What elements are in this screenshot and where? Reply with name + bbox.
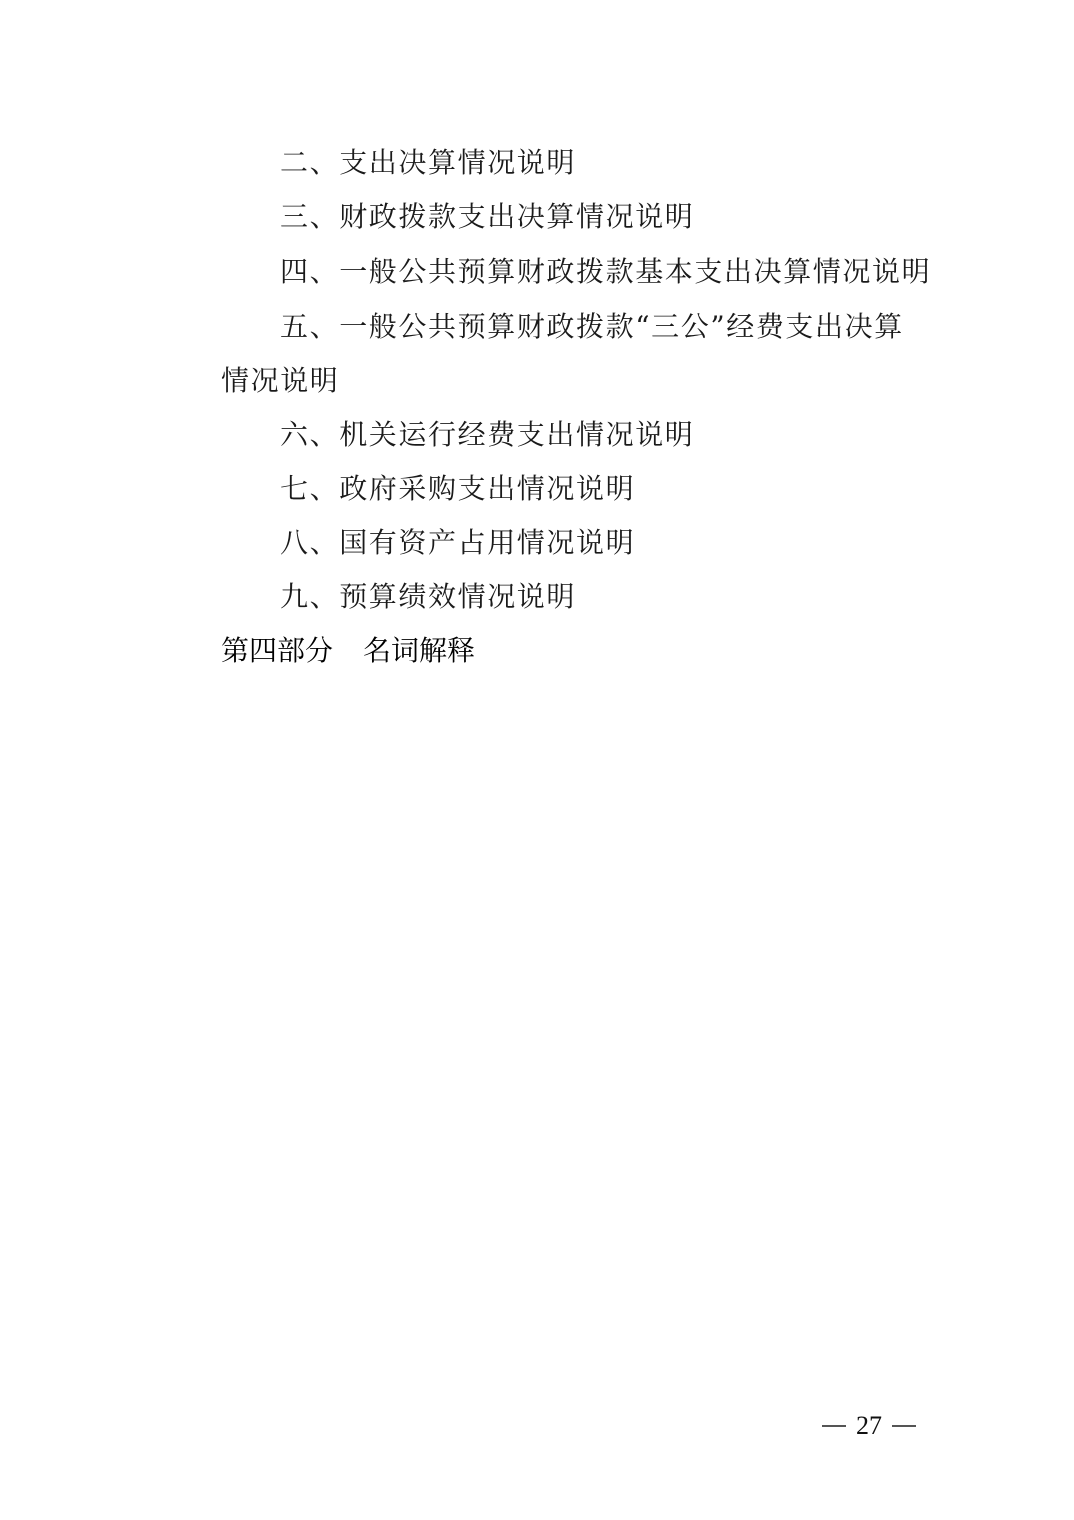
document-page: 二、支出决算情况说明 三、财政拨款支出决算情况说明 四、一般公共预算财政拨款基本… [0,0,1074,1520]
page-footer: 27 [812,1410,926,1442]
toc-item-5: 五、一般公共预算财政拨款“三公”经费支出决算 [280,310,904,344]
toc-item-2: 二、支出决算情况说明 [280,146,576,180]
page-number: 27 [856,1411,882,1440]
toc-item-5-continuation: 情况说明 [221,364,339,398]
toc-item-3: 三、财政拨款支出决算情况说明 [280,200,694,234]
left-dash [822,1425,846,1427]
toc-item-6: 六、机关运行经费支出情况说明 [280,418,694,452]
toc-item-9: 九、预算绩效情况说明 [280,580,576,614]
section-heading: 第四部分名词解释 [221,634,475,668]
toc-item-7: 七、政府采购支出情况说明 [280,472,635,506]
toc-item-8: 八、国有资产占用情况说明 [280,526,635,560]
toc-item-4: 四、一般公共预算财政拨款基本支出决算情况说明 [280,255,931,289]
right-dash [892,1425,916,1427]
section-title: 名词解释 [363,634,475,667]
section-part-label: 第四部分 [221,634,333,667]
